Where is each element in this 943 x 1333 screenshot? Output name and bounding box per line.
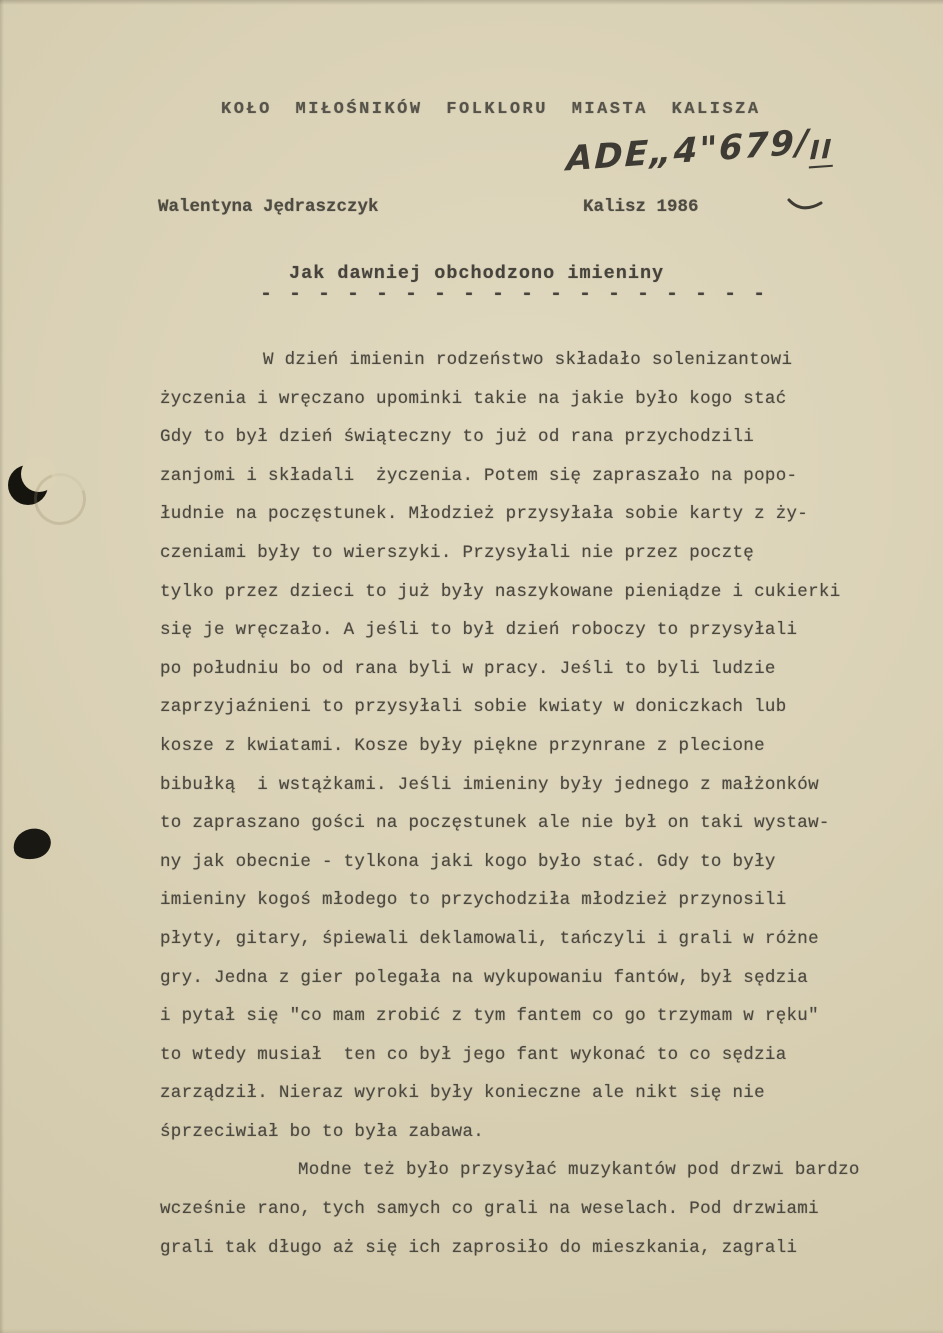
- body-line: zaprzyjaźnieni to przysyłali sobie kwiat…: [160, 688, 910, 727]
- body-line: grali tak długo aż się ich zaprosiło do …: [160, 1229, 910, 1268]
- body-line: czeniami były to wierszyki. Przysyłali n…: [160, 534, 910, 573]
- body-line: i pytał się "co mam zrobić z tym fantem …: [160, 997, 910, 1036]
- body-line: to zapraszano gości na poczęstunek ale n…: [160, 804, 910, 843]
- organization-header: KOŁO MIŁOŚNIKÓW FOLKLORU MIASTA KALISZA: [221, 100, 761, 119]
- body-line: się je wręczało. A jeśli to był dzień ro…: [160, 611, 910, 650]
- body-line: tylko przez dzieci to już były naszykowa…: [160, 573, 910, 612]
- author-name: Walentyna Jędraszczyk: [158, 197, 379, 217]
- body-line: W dzień imienin rodzeństwo składało sole…: [160, 341, 910, 380]
- body-line: wcześnie rano, tych samych co grali na w…: [160, 1190, 910, 1229]
- ink-blob-solid: [10, 825, 54, 863]
- archive-number-main: ADE„4"679/: [566, 122, 811, 179]
- body-line: ny jak obecnie - tylkona jaki kogo było …: [160, 843, 910, 882]
- document-body: W dzień imienin rodzeństwo składało sole…: [160, 341, 910, 1267]
- body-line: kosze z kwiatami. Kosze były piękne przy…: [160, 727, 910, 766]
- body-line: śprzeciwiał bo to była zabawa.: [160, 1113, 910, 1152]
- title-dashed-underline: - - - - - - - - - - - - - - - - - -: [260, 283, 768, 306]
- body-line: zanjomi i składali życzenia. Potem się z…: [160, 457, 910, 496]
- body-line: Gdy to był dzień świąteczny to już od ra…: [160, 418, 910, 457]
- body-line: po południu bo od rana byli w pracy. Jeś…: [160, 650, 910, 689]
- place-and-year: Kalisz 1986: [583, 197, 699, 217]
- body-line: zarządził. Nieraz wyroki były konieczne …: [160, 1074, 910, 1113]
- scanned-document-page: KOŁO MIŁOŚNIKÓW FOLKLORU MIASTA KALISZA …: [0, 0, 943, 1333]
- body-line: imieniny kogoś młodego to przychodziła m…: [160, 881, 910, 920]
- document-title: Jak dawniej obchodzono imieniny: [289, 263, 664, 284]
- body-line: Modne też było przysyłać muzykantów pod …: [160, 1151, 910, 1190]
- body-line: życzenia i wręczano upominki takie na ja…: [160, 380, 910, 419]
- body-line: to wtedy musiał ten co był jego fant wyk…: [160, 1036, 910, 1075]
- body-line: bibułką i wstążkami. Jeśli imieniny były…: [160, 766, 910, 805]
- body-line: gry. Jedna z gier polegała na wykupowani…: [160, 959, 910, 998]
- body-line: łudnie na poczęstunek. Młodzież przysyła…: [160, 495, 910, 534]
- handwritten-swoosh-mark: [786, 196, 824, 214]
- handwritten-archive-number: ADE„4"679/II: [566, 121, 835, 180]
- body-line: płyty, gitary, śpiewali deklamowali, tań…: [160, 920, 910, 959]
- archive-number-suffix: II: [809, 135, 833, 169]
